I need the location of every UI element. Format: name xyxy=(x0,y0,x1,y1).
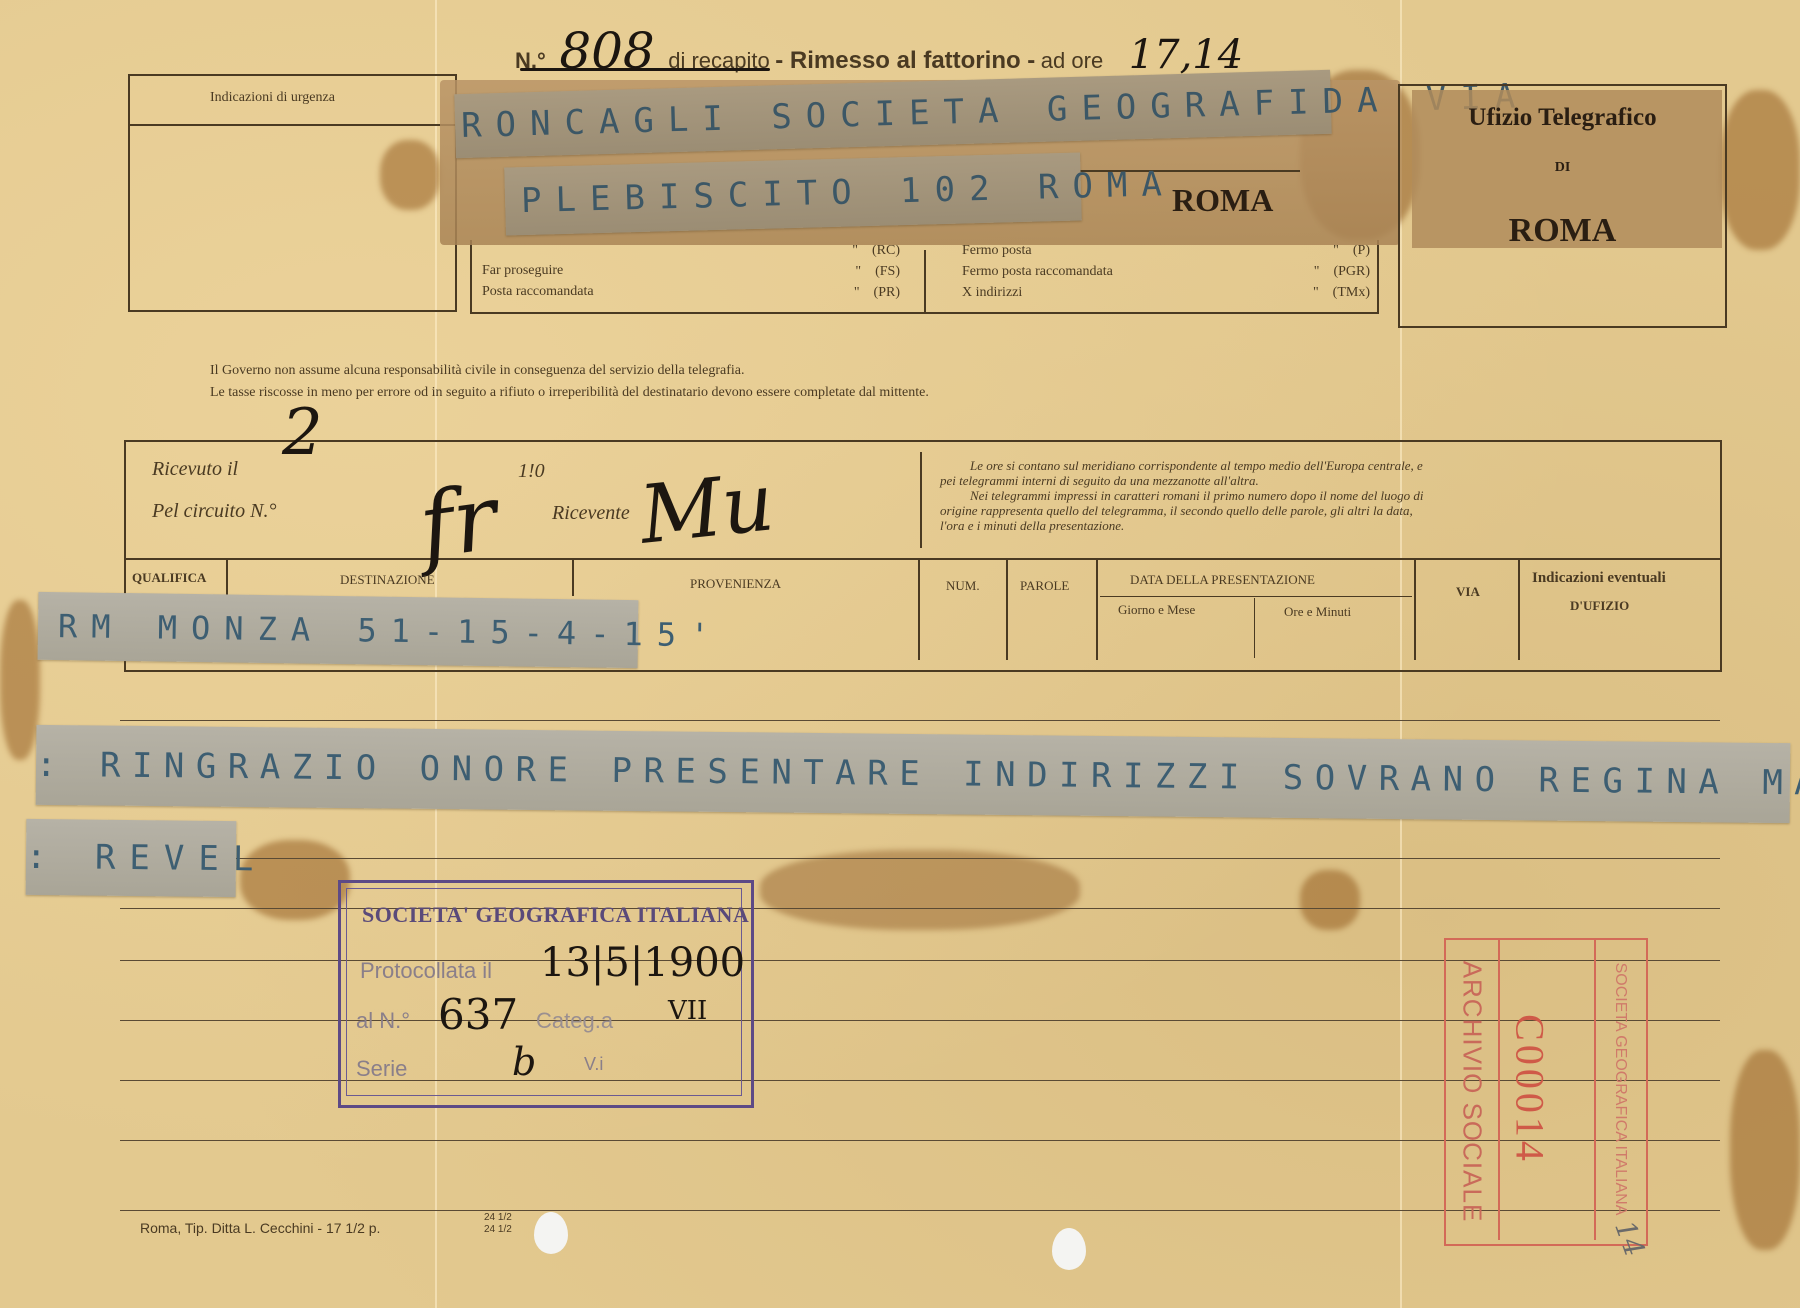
reception-notes-divider xyxy=(920,452,922,548)
handwritten-day: 2 xyxy=(282,396,323,470)
col-indicazioni: Indicazioni eventuali xyxy=(1532,570,1666,587)
service-posta-raccomandata: Posta raccomandata xyxy=(482,281,594,302)
stain xyxy=(1300,870,1360,930)
col-divider xyxy=(1006,560,1008,660)
delivery-number: 808 xyxy=(559,22,654,80)
printer-imprint: Roma, Tip. Ditta L. Cecchini - 17 1/2 p. xyxy=(140,1220,380,1236)
delivery-header: N.° 808 di recapito - Rimesso al fattori… xyxy=(515,22,1243,80)
circuito-label: Pel circuito N.° xyxy=(152,500,276,523)
stain xyxy=(1730,1050,1800,1250)
col-destinazione: DESTINAZIONE xyxy=(340,572,435,588)
ruled-line xyxy=(120,858,1720,859)
urgency-label: Indicazioni di urgenza xyxy=(210,90,335,106)
col-divider xyxy=(572,560,574,596)
stain xyxy=(760,850,1080,930)
office-title: Ufizio Telegrafico xyxy=(1400,104,1725,132)
rimesso-label: - Rimesso al fattorino - xyxy=(775,47,1035,74)
col-divider xyxy=(1414,560,1416,660)
message-tape-line2: : REVEL xyxy=(26,819,237,897)
punch-hole xyxy=(534,1212,568,1254)
urgency-divider xyxy=(128,124,455,126)
office-city: ROMA xyxy=(1400,212,1725,250)
archive-label: ARCHIVIO SOCIALE xyxy=(1457,942,1488,1242)
handwritten-circuit-signature: fr xyxy=(413,465,503,580)
col-num: NUM. xyxy=(946,578,980,594)
printer-fraction: 24 1/2 24 1/2 xyxy=(484,1212,512,1236)
services-left-codes: " (RC) " (FS) " (PR) xyxy=(800,240,900,303)
serie-label: Serie xyxy=(356,1056,407,1082)
serie-value: b xyxy=(512,1040,536,1084)
disclaimer-line-1: Il Governo non assume alcuna responsabil… xyxy=(210,360,929,382)
service-x-indirizzi: X indirizzi xyxy=(962,282,1113,303)
col-qualifica: QUALIFICA xyxy=(132,570,206,586)
protocollata-label: Protocollata il xyxy=(360,958,492,984)
urgency-box xyxy=(128,74,457,312)
stain xyxy=(1720,90,1800,250)
punch-hole xyxy=(1052,1228,1086,1270)
col-divider xyxy=(1518,560,1520,660)
protocol-stamp-title: SOCIETA' GEOGRAFICA ITALIANA xyxy=(362,902,749,928)
stain xyxy=(0,600,40,760)
date-divider xyxy=(1100,596,1412,597)
delivery-time: 17,14 xyxy=(1129,32,1244,78)
col-d-ufizio: D'UFIZIO xyxy=(1570,598,1629,614)
col-parole: PAROLE xyxy=(1020,578,1069,594)
volume-label: V.i xyxy=(584,1054,603,1075)
col-via: VIA xyxy=(1456,584,1480,600)
services-right: Fermo posta Fermo posta raccomandata X i… xyxy=(962,240,1113,303)
ruled-line xyxy=(120,720,1720,721)
ricevuto-year: 1!0 xyxy=(518,460,545,483)
services-right-codes: " (P) " (PGR) " (TMx) xyxy=(1270,240,1370,303)
ore-label: ad ore xyxy=(1041,48,1103,73)
origin-tape: RM MONZA 51-15-4-15' xyxy=(38,592,639,668)
destination-city: ROMA xyxy=(1172,182,1273,219)
col-divider xyxy=(226,560,228,596)
col-divider xyxy=(1096,560,1098,660)
categoria-value: VII xyxy=(668,996,707,1026)
service-far-proseguire: Far proseguire xyxy=(482,260,594,281)
archive-number: C00014 xyxy=(1507,960,1554,1220)
time-notes: Le ore si contano sul meridiano corrispo… xyxy=(940,458,1710,533)
office-di: DI xyxy=(1400,160,1725,176)
categoria-label: Categ.a xyxy=(536,1008,613,1034)
protocollata-date: 13|5|1900 xyxy=(540,940,745,986)
services-divider xyxy=(924,250,926,312)
col-data-presentazione: DATA DELLA PRESENTAZIONE xyxy=(1130,572,1315,588)
numero-label: al N.° xyxy=(356,1008,410,1034)
handwritten-receiver-signature: Mu xyxy=(636,455,778,561)
col-ore-minuti: Ore e Minuti xyxy=(1284,604,1351,620)
col-provenienza: PROVENIENZA xyxy=(690,576,781,592)
archive-society: SOCIETA GEOGRAFICA ITALIANA xyxy=(1611,939,1629,1239)
ricevuto-label: Ricevuto il xyxy=(152,458,238,481)
col-giorno-mese: Giorno e Mese xyxy=(1118,602,1195,618)
header-underline xyxy=(520,68,770,71)
reception-divider xyxy=(124,558,1720,560)
ricevente-label: Ricevente xyxy=(552,502,630,525)
services-left: Far proseguire Posta raccomandata xyxy=(482,260,594,302)
protocol-number: 637 xyxy=(438,990,518,1039)
col-divider xyxy=(918,560,920,660)
service-fermo-posta-raccomandata: Fermo posta raccomandata xyxy=(962,261,1113,282)
date-subdivider xyxy=(1254,598,1255,658)
